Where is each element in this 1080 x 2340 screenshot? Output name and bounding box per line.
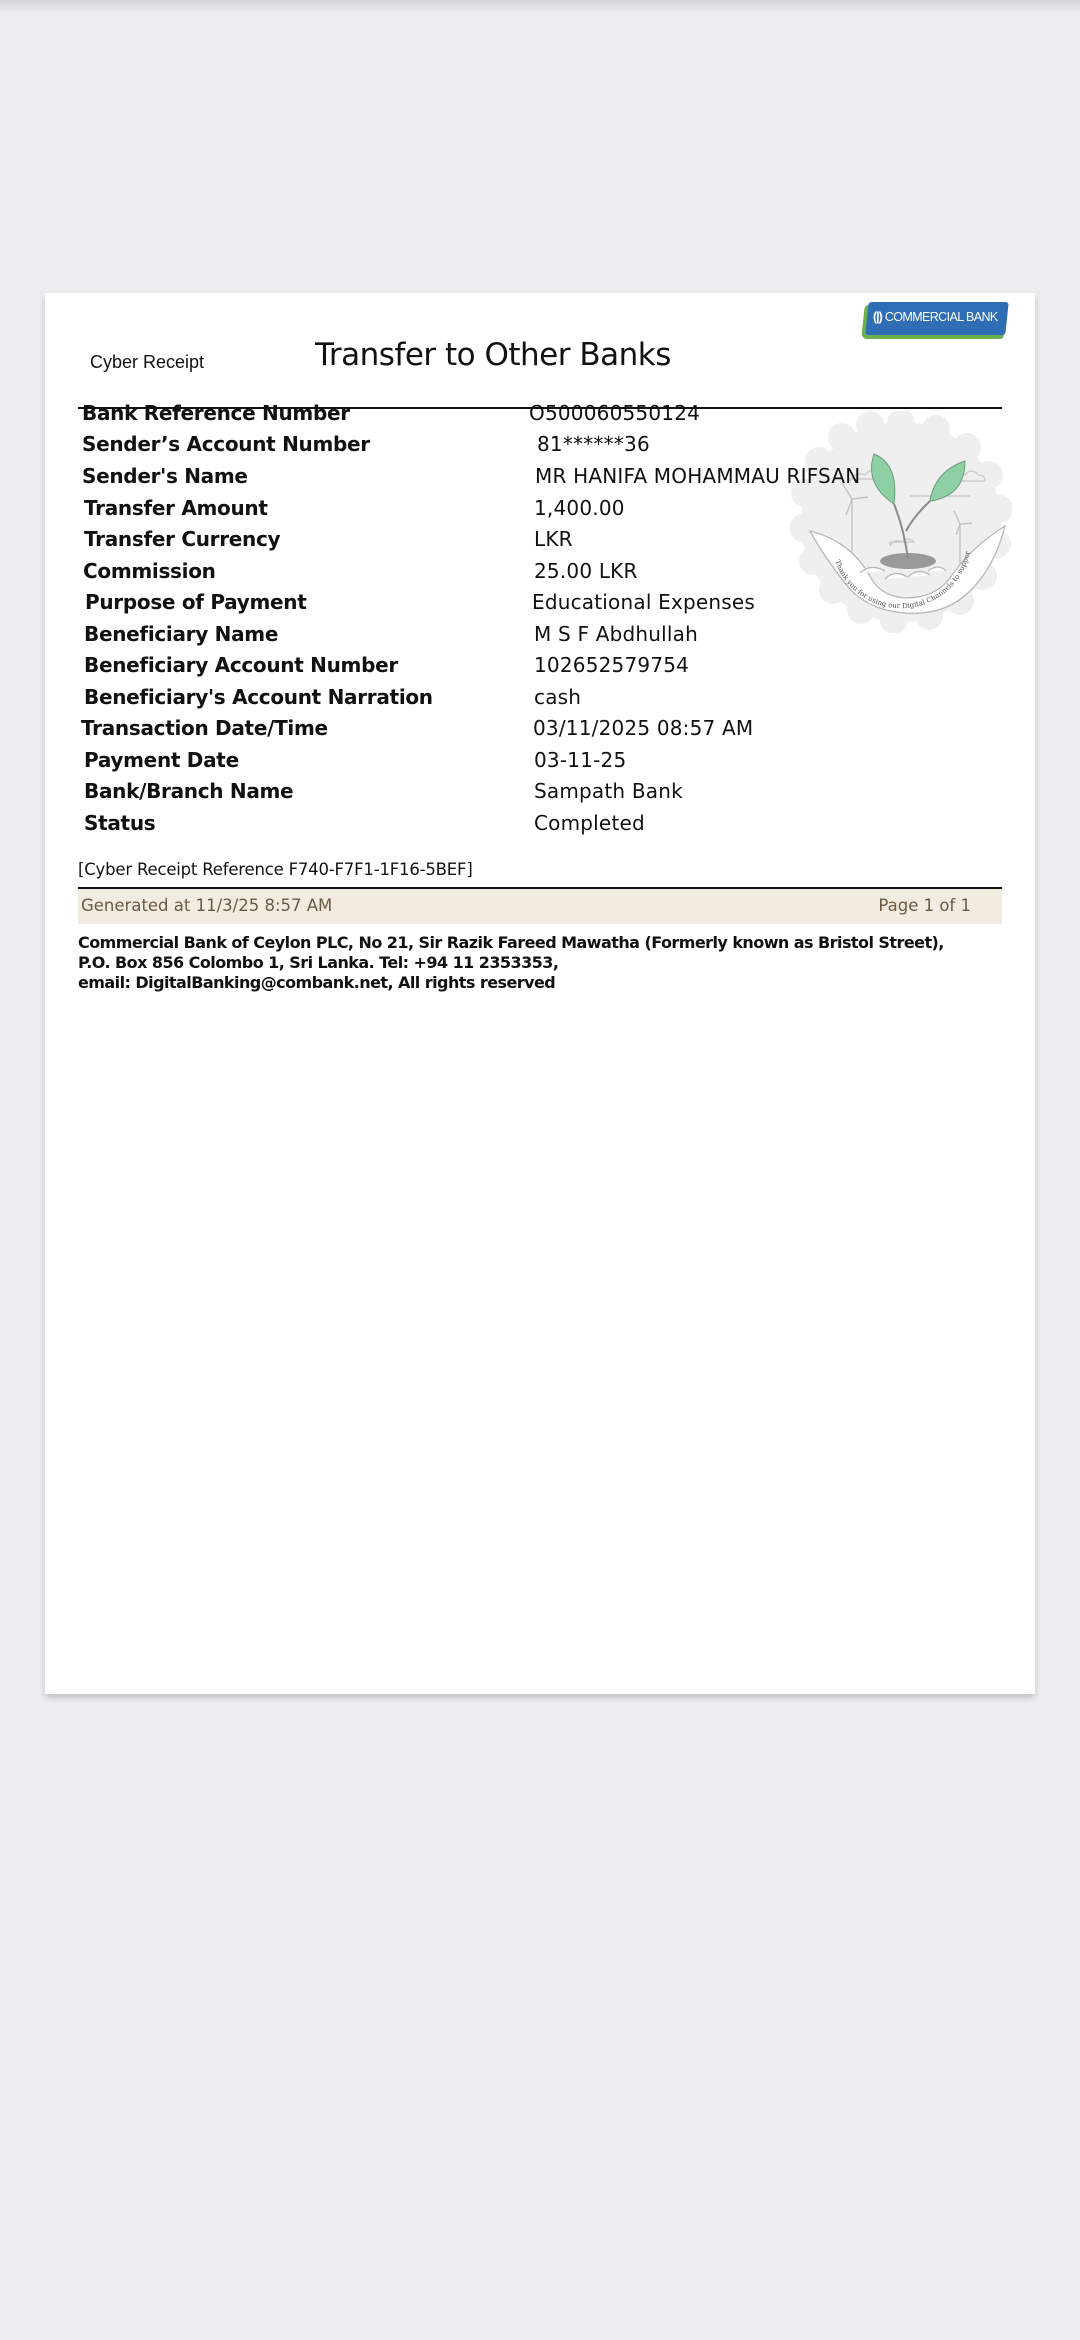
field-value: Sampath Bank (534, 779, 683, 803)
field-label: Commission (83, 559, 216, 583)
field-label: Beneficiary's Account Narration (84, 685, 433, 709)
page-indicator: Page 1 of 1 (878, 896, 971, 915)
field-value: 81******36 (537, 432, 650, 456)
field-value: 03/11/2025 08:57 AM (533, 716, 753, 740)
detail-row-bank-branch: Bank/Branch Name Sampath Bank (45, 779, 1035, 809)
field-value: 1,400.00 (534, 496, 625, 520)
field-value: M S F Abdhullah (534, 622, 698, 646)
detail-row-payment-date: Payment Date 03-11-25 (45, 748, 1035, 778)
detail-row-beneficiary-narration: Beneficiary's Account Narration cash (45, 685, 1035, 715)
field-label: Beneficiary Account Number (84, 653, 398, 677)
detail-row-beneficiary-account: Beneficiary Account Number 102652579754 (45, 653, 1035, 683)
commercial-bank-logo: (|)COMMERCIAL BANK (863, 302, 1009, 339)
field-value: 03-11-25 (534, 748, 626, 772)
field-label: Bank/Branch Name (84, 779, 293, 803)
field-value: O500060550124 (529, 401, 700, 425)
field-value: LKR (534, 527, 573, 551)
detail-row-purpose: Purpose of Payment Educational Expenses (45, 590, 1035, 620)
receipt-type-label: Cyber Receipt (90, 352, 204, 373)
field-label: Purpose of Payment (85, 590, 307, 614)
generated-timestamp: Generated at 11/3/25 8:57 AM (81, 896, 332, 915)
field-label: Sender’s Account Number (82, 432, 370, 456)
detail-row-commission: Commission 25.00 LKR (45, 559, 1035, 589)
field-value: Educational Expenses (532, 590, 755, 614)
cyber-receipt-reference: [Cyber Receipt Reference F740-F7F1-1F16-… (78, 860, 473, 879)
detail-row-bank-reference: Bank Reference Number O500060550124 (45, 401, 1035, 431)
field-value: 102652579754 (534, 653, 689, 677)
field-label: Beneficiary Name (84, 622, 278, 646)
generated-info-bar: Generated at 11/3/25 8:57 AM Page 1 of 1 (78, 887, 1002, 924)
field-label: Payment Date (84, 748, 239, 772)
receipt-title: Transfer to Other Banks (315, 337, 671, 373)
commercial-bank-logo-mark-icon: (|) (873, 310, 882, 324)
logo-text: COMMERCIAL BANK (885, 310, 998, 324)
footer-line: Commercial Bank of Ceylon PLC, No 21, Si… (78, 933, 1008, 953)
receipt-page: Cyber Receipt Transfer to Other Banks (|… (45, 293, 1035, 1694)
bank-address-footer: Commercial Bank of Ceylon PLC, No 21, Si… (78, 933, 1008, 993)
detail-row-beneficiary-name: Beneficiary Name M S F Abdhullah (45, 622, 1035, 652)
field-label: Transaction Date/Time (81, 716, 328, 740)
field-value: MR HANIFA MOHAMMAU RIFSAN (535, 464, 860, 488)
detail-row-sender-name: Sender's Name MR HANIFA MOHAMMAU RIFSAN (45, 464, 1035, 494)
field-label: Bank Reference Number (82, 401, 350, 425)
detail-row-transfer-currency: Transfer Currency LKR (45, 527, 1035, 557)
detail-row-transaction-datetime: Transaction Date/Time 03/11/2025 08:57 A… (45, 716, 1035, 746)
field-value: 25.00 LKR (534, 559, 638, 583)
footer-line: P.O. Box 856 Colombo 1, Sri Lanka. Tel: … (78, 953, 1008, 973)
field-label: Transfer Currency (84, 527, 280, 551)
status-value: Completed (534, 811, 645, 835)
field-label: Sender's Name (82, 464, 248, 488)
field-label: Transfer Amount (84, 496, 268, 520)
viewport-top-shadow (0, 0, 1080, 14)
field-label: Status (84, 811, 155, 835)
detail-row-transfer-amount: Transfer Amount 1,400.00 (45, 496, 1035, 526)
field-value: cash (534, 685, 581, 709)
detail-row-status: Status Completed (45, 811, 1035, 841)
footer-line: email: DigitalBanking@combank.net, All r… (78, 973, 1008, 993)
detail-row-sender-account: Sender’s Account Number 81******36 (45, 432, 1035, 462)
